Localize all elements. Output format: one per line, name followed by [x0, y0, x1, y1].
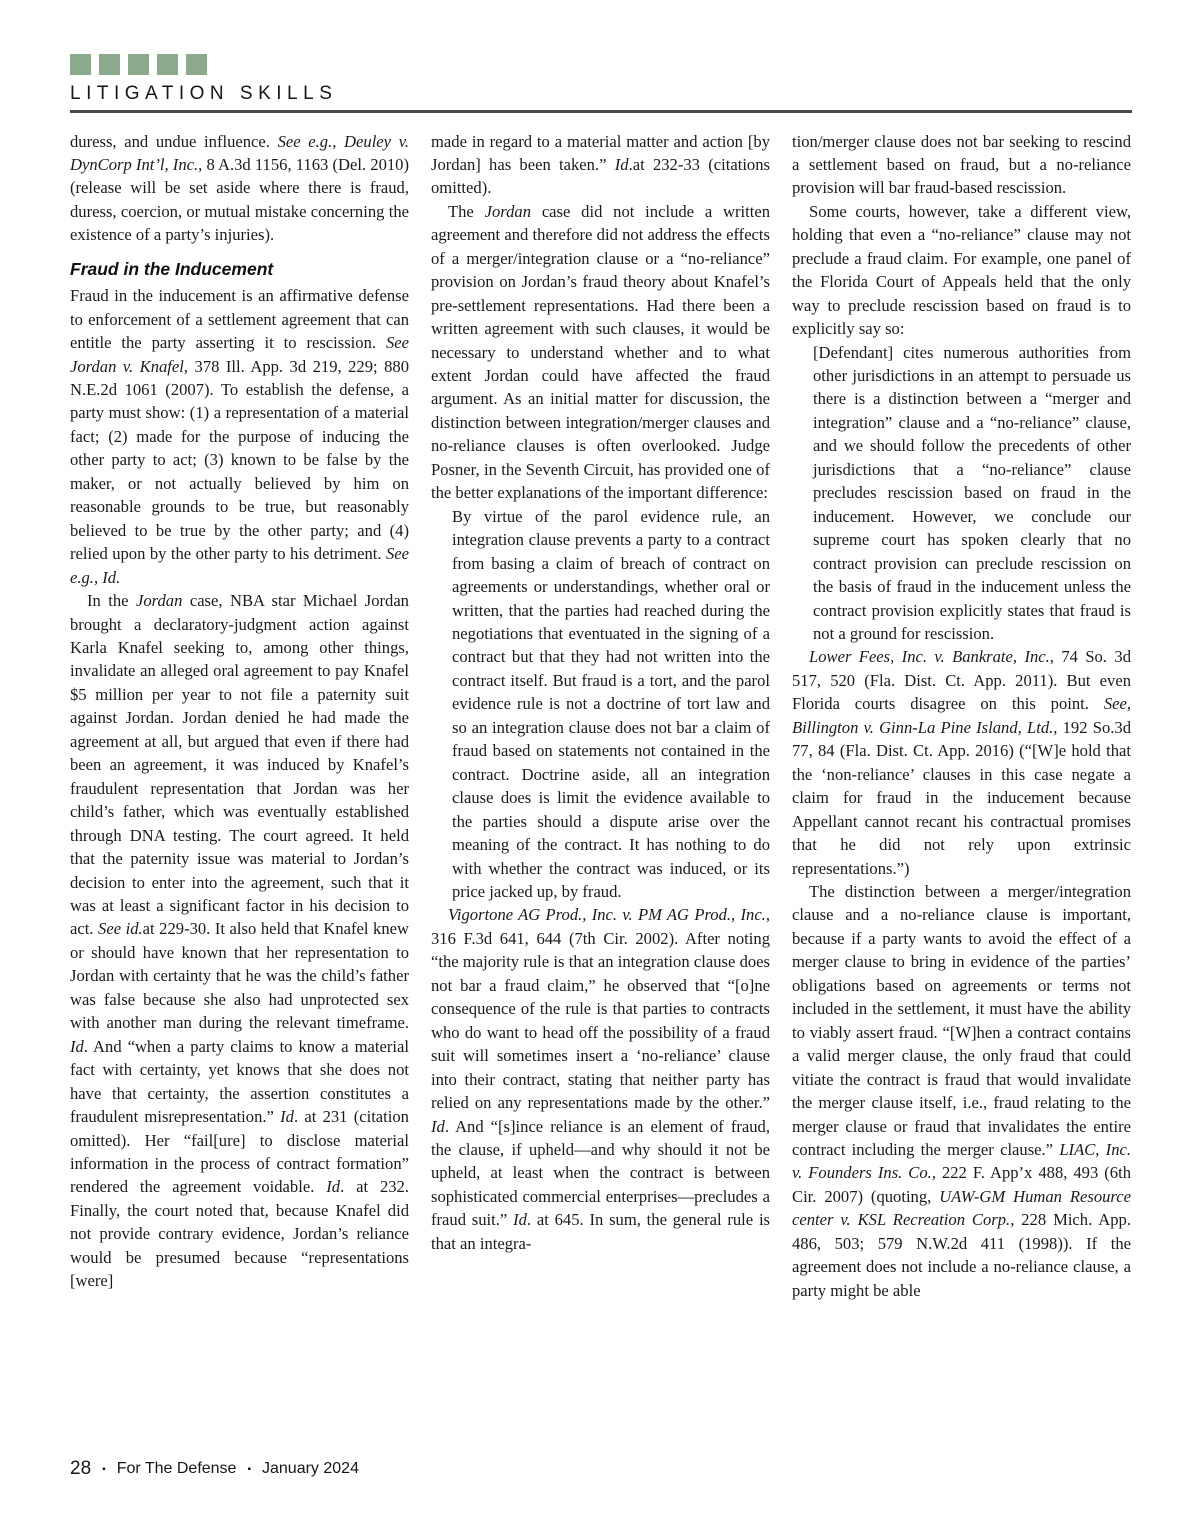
article-columns: duress, and undue influence. See e.g., D…: [70, 130, 1132, 1476]
text-segment: Some courts, however, take a different v…: [792, 202, 1131, 338]
page-content: LITIGATION SKILLS duress, and undue infl…: [70, 54, 1132, 1476]
text-segment: Id: [70, 1037, 84, 1056]
text-column: tion/merger clause does not bar seeking …: [792, 130, 1131, 1476]
text-segment: Jordan: [485, 202, 531, 221]
text-column: duress, and undue influence. See e.g., D…: [70, 130, 409, 1476]
text-segment: [Defendant] cites numerous authorities f…: [813, 343, 1131, 643]
paragraph: Vigortone AG Prod., Inc. v. PM AG Prod.,…: [431, 903, 770, 1255]
text-segment: See id.: [98, 919, 143, 938]
text-segment: In the: [87, 591, 136, 610]
accent-square-icon: [99, 54, 120, 75]
text-segment: Lower Fees, Inc. v. Bankrate, Inc.: [809, 647, 1050, 666]
header-rule: [70, 110, 1132, 113]
accent-squares: [70, 54, 1132, 75]
text-segment: Vigortone AG Prod., Inc. v. PM AG Prod.,…: [448, 905, 766, 924]
accent-square-icon: [157, 54, 178, 75]
page-footer: 28 ▪ For The Defense ▪ January 2024: [70, 1458, 359, 1480]
text-segment: Fraud in the Inducement: [70, 259, 273, 279]
text-segment: Id: [280, 1107, 294, 1126]
magazine-page: LITIGATION SKILLS duress, and undue infl…: [0, 0, 1200, 1535]
issue-date: January 2024: [262, 1460, 359, 1478]
block-quote: [Defendant] cites numerous authorities f…: [792, 341, 1131, 646]
text-segment: Id: [615, 155, 629, 174]
footer-separator-icon: ▪: [102, 1465, 106, 1475]
text-segment: The: [448, 202, 485, 221]
paragraph: Lower Fees, Inc. v. Bankrate, Inc., 74 S…: [792, 645, 1131, 880]
text-segment: duress, and undue influence.: [70, 132, 278, 151]
text-segment: Fraud in the inducement is an affirmativ…: [70, 286, 409, 352]
paragraph: made in regard to a material matter and …: [431, 130, 770, 200]
text-segment: By virtue of the parol evidence rule, an…: [452, 507, 770, 901]
text-segment: The distinction between a merger/integra…: [792, 882, 1131, 1159]
text-segment: Id: [326, 1177, 340, 1196]
paragraph: duress, and undue influence. See e.g., D…: [70, 130, 409, 247]
paragraph: Fraud in the inducement is an affirmativ…: [70, 284, 409, 589]
paragraph: The distinction between a merger/integra…: [792, 880, 1131, 1302]
text-segment: , 378 Ill. App. 3d 219, 229; 880 N.E.2d …: [70, 357, 409, 564]
section-kicker: LITIGATION SKILLS: [70, 83, 1132, 105]
block-quote: By virtue of the parol evidence rule, an…: [431, 505, 770, 904]
text-segment: Jordan: [136, 591, 182, 610]
text-segment: case did not include a written agreement…: [431, 202, 770, 502]
section-heading: Fraud in the Inducement: [70, 258, 409, 281]
accent-square-icon: [128, 54, 149, 75]
footer-separator-icon: ▪: [247, 1465, 251, 1475]
text-segment: , 192 So.3d 77, 84 (Fla. Dist. Ct. App. …: [792, 718, 1131, 878]
text-segment: case, NBA star Michael Jordan brought a …: [70, 591, 409, 938]
text-column: made in regard to a material matter and …: [431, 130, 770, 1476]
text-segment: Id: [513, 1210, 527, 1229]
paragraph: The Jordan case did not include a writte…: [431, 200, 770, 505]
publication-name: For The Defense: [117, 1460, 237, 1478]
text-segment: , 316 F.3d 641, 644 (7th Cir. 2002). Aft…: [431, 905, 770, 1112]
page-number: 28: [70, 1458, 91, 1480]
paragraph: tion/merger clause does not bar seeking …: [792, 130, 1131, 200]
paragraph: Some courts, however, take a different v…: [792, 200, 1131, 341]
paragraph: In the Jordan case, NBA star Michael Jor…: [70, 589, 409, 1293]
text-segment: Id: [431, 1117, 445, 1136]
accent-square-icon: [186, 54, 207, 75]
text-segment: tion/merger clause does not bar seeking …: [792, 132, 1131, 198]
accent-square-icon: [70, 54, 91, 75]
